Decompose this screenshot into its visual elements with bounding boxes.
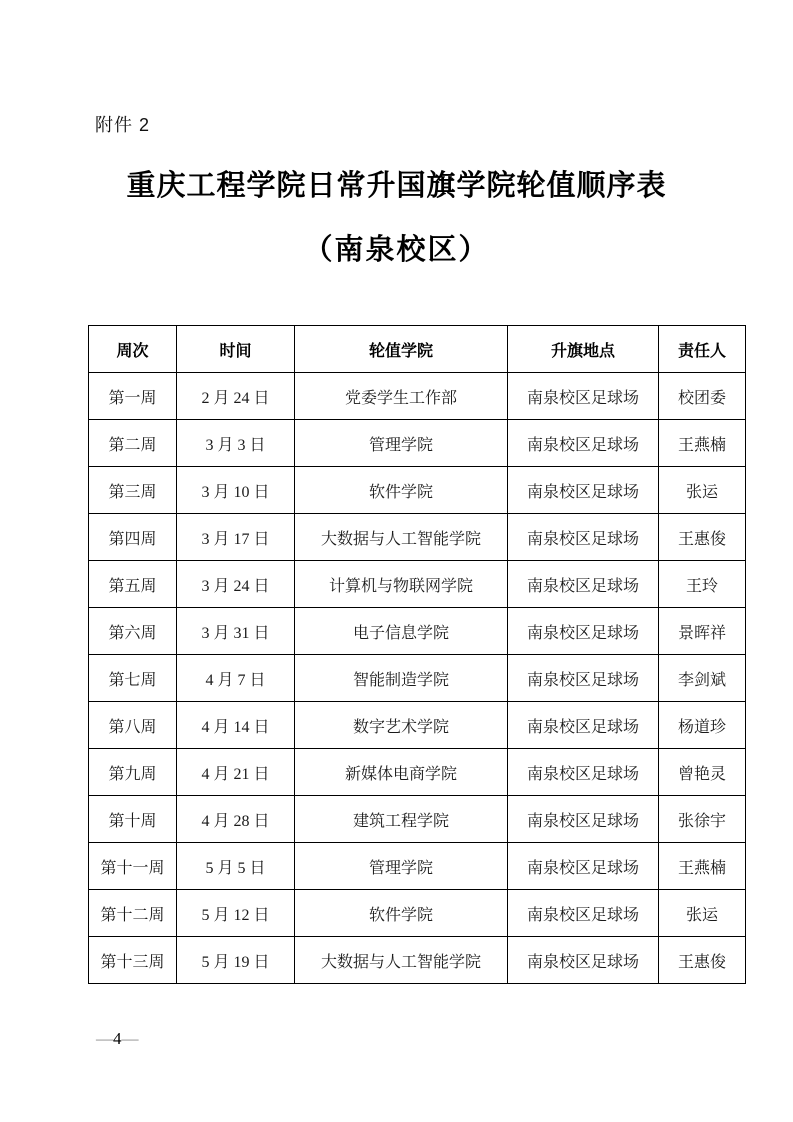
table-cell: 4 月 28 日 xyxy=(177,796,295,843)
table-cell: 王燕楠 xyxy=(659,420,746,467)
table-row: 第四周3 月 17 日大数据与人工智能学院南泉校区足球场王惠俊 xyxy=(89,514,746,561)
table-cell: 3 月 31 日 xyxy=(177,608,295,655)
table-row: 第一周2 月 24 日党委学生工作部南泉校区足球场校团委 xyxy=(89,373,746,420)
table-row: 第十二周5 月 12 日软件学院南泉校区足球场张运 xyxy=(89,890,746,937)
table-cell: 3 月 10 日 xyxy=(177,467,295,514)
table-row: 第二周3 月 3 日管理学院南泉校区足球场王燕楠 xyxy=(89,420,746,467)
table-cell: 南泉校区足球场 xyxy=(508,561,659,608)
table-cell: 大数据与人工智能学院 xyxy=(295,514,508,561)
attachment-label: 附件 2 xyxy=(95,111,150,137)
table-cell: 第八周 xyxy=(89,702,177,749)
table-cell: 软件学院 xyxy=(295,467,508,514)
duty-table: 周次时间轮值学院升旗地点责任人 第一周2 月 24 日党委学生工作部南泉校区足球… xyxy=(88,325,746,984)
table-cell: 第十一周 xyxy=(89,843,177,890)
table-row: 第八周4 月 14 日数字艺术学院南泉校区足球场杨道珍 xyxy=(89,702,746,749)
table-cell: 南泉校区足球场 xyxy=(508,890,659,937)
table-cell: 曾艳灵 xyxy=(659,749,746,796)
table-cell: 杨道珍 xyxy=(659,702,746,749)
table-cell: 3 月 3 日 xyxy=(177,420,295,467)
table-cell: 王玲 xyxy=(659,561,746,608)
table-cell: 计算机与物联网学院 xyxy=(295,561,508,608)
table-row: 第十周4 月 28 日建筑工程学院南泉校区足球场张徐宇 xyxy=(89,796,746,843)
page-number-left-dash: — xyxy=(96,1029,113,1048)
column-header: 时间 xyxy=(177,326,295,373)
table-cell: 南泉校区足球场 xyxy=(508,937,659,984)
table-cell: 第一周 xyxy=(89,373,177,420)
table-cell: 3 月 24 日 xyxy=(177,561,295,608)
table-cell: 第三周 xyxy=(89,467,177,514)
table-cell: 数字艺术学院 xyxy=(295,702,508,749)
table-cell: 王惠俊 xyxy=(659,937,746,984)
table-cell: 第五周 xyxy=(89,561,177,608)
page-subtitle: （南泉校区） xyxy=(0,227,793,268)
table-cell: 电子信息学院 xyxy=(295,608,508,655)
document-page: 附件 2 重庆工程学院日常升国旗学院轮值顺序表 （南泉校区） 周次时间轮值学院升… xyxy=(0,0,793,1122)
table-cell: 南泉校区足球场 xyxy=(508,467,659,514)
table-row: 第五周3 月 24 日计算机与物联网学院南泉校区足球场王玲 xyxy=(89,561,746,608)
table-cell: 第九周 xyxy=(89,749,177,796)
page-number-value: 4 xyxy=(113,1029,122,1048)
table-cell: 管理学院 xyxy=(295,843,508,890)
table-cell: 第十周 xyxy=(89,796,177,843)
page-title: 重庆工程学院日常升国旗学院轮值顺序表 xyxy=(0,163,793,204)
table-cell: 软件学院 xyxy=(295,890,508,937)
table-cell: 大数据与人工智能学院 xyxy=(295,937,508,984)
table-cell: 张运 xyxy=(659,890,746,937)
table-cell: 南泉校区足球场 xyxy=(508,749,659,796)
table-cell: 南泉校区足球场 xyxy=(508,702,659,749)
table-cell: 第四周 xyxy=(89,514,177,561)
table-row: 第十三周5 月 19 日大数据与人工智能学院南泉校区足球场王惠俊 xyxy=(89,937,746,984)
table-header-row: 周次时间轮值学院升旗地点责任人 xyxy=(89,326,746,373)
table-cell: 5 月 5 日 xyxy=(177,843,295,890)
table-cell: 校团委 xyxy=(659,373,746,420)
table-cell: 4 月 21 日 xyxy=(177,749,295,796)
table-cell: 南泉校区足球场 xyxy=(508,796,659,843)
table-cell: 4 月 14 日 xyxy=(177,702,295,749)
table-row: 第十一周5 月 5 日管理学院南泉校区足球场王燕楠 xyxy=(89,843,746,890)
column-header: 轮值学院 xyxy=(295,326,508,373)
table-cell: 第六周 xyxy=(89,608,177,655)
table-cell: 新媒体电商学院 xyxy=(295,749,508,796)
table-cell: 第七周 xyxy=(89,655,177,702)
page-number: —4— xyxy=(96,1029,139,1049)
table-cell: 南泉校区足球场 xyxy=(508,373,659,420)
table-cell: 5 月 19 日 xyxy=(177,937,295,984)
table-cell: 4 月 7 日 xyxy=(177,655,295,702)
page-number-right-dash: — xyxy=(122,1029,139,1048)
table-row: 第九周4 月 21 日新媒体电商学院南泉校区足球场曾艳灵 xyxy=(89,749,746,796)
column-header: 责任人 xyxy=(659,326,746,373)
table-cell: 5 月 12 日 xyxy=(177,890,295,937)
table-cell: 张运 xyxy=(659,467,746,514)
table-cell: 智能制造学院 xyxy=(295,655,508,702)
table-cell: 南泉校区足球场 xyxy=(508,843,659,890)
table-cell: 南泉校区足球场 xyxy=(508,514,659,561)
table-cell: 3 月 17 日 xyxy=(177,514,295,561)
table-cell: 南泉校区足球场 xyxy=(508,655,659,702)
table-cell: 党委学生工作部 xyxy=(295,373,508,420)
table-cell: 景晖祥 xyxy=(659,608,746,655)
table-cell: 李剑斌 xyxy=(659,655,746,702)
table-cell: 王燕楠 xyxy=(659,843,746,890)
table-row: 第六周3 月 31 日电子信息学院南泉校区足球场景晖祥 xyxy=(89,608,746,655)
table-row: 第七周4 月 7 日智能制造学院南泉校区足球场李剑斌 xyxy=(89,655,746,702)
table-cell: 第十二周 xyxy=(89,890,177,937)
table-cell: 南泉校区足球场 xyxy=(508,420,659,467)
table-cell: 南泉校区足球场 xyxy=(508,608,659,655)
column-header: 周次 xyxy=(89,326,177,373)
column-header: 升旗地点 xyxy=(508,326,659,373)
table-cell: 第十三周 xyxy=(89,937,177,984)
table-cell: 建筑工程学院 xyxy=(295,796,508,843)
table-cell: 王惠俊 xyxy=(659,514,746,561)
table-cell: 2 月 24 日 xyxy=(177,373,295,420)
table-cell: 第二周 xyxy=(89,420,177,467)
table-row: 第三周3 月 10 日软件学院南泉校区足球场张运 xyxy=(89,467,746,514)
table-cell: 管理学院 xyxy=(295,420,508,467)
table-cell: 张徐宇 xyxy=(659,796,746,843)
